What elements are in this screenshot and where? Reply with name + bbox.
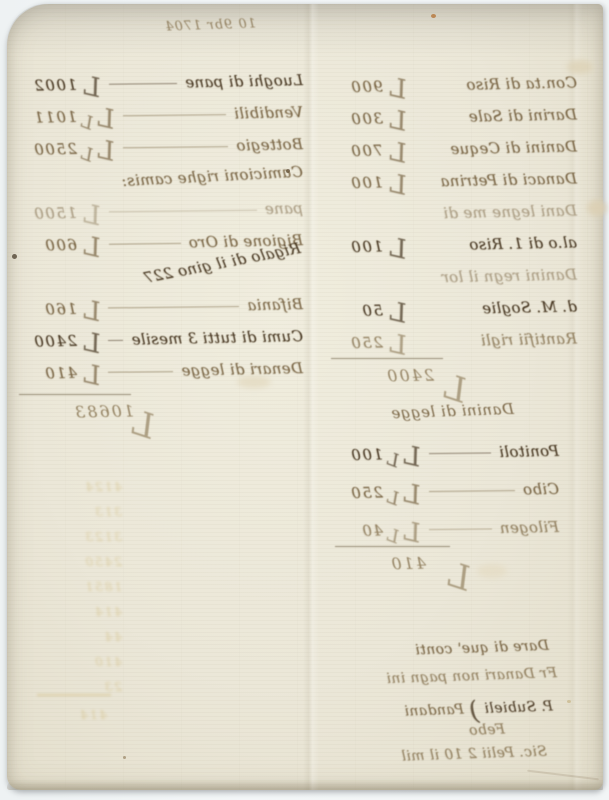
lira-sign: L: [389, 119, 406, 123]
entry-amount: 1002: [17, 76, 77, 95]
row-spacer: [413, 117, 463, 118]
lira-sign: L: [389, 311, 406, 315]
ledger-column-right: Luoghi di paneL1002VendibiliLL1011Botteg…: [17, 4, 303, 790]
lira-sign: L: [403, 493, 420, 497]
entry-amount: 2500: [17, 140, 77, 159]
ledger-row: Danaci di PetrinaL100: [323, 169, 577, 192]
leader-line: [109, 83, 177, 85]
entry-amount: 100: [323, 173, 383, 192]
entry-amount: 300: [323, 109, 383, 128]
signature-name: P. Subieli: [479, 698, 553, 717]
entry-label: Vendibili: [234, 103, 303, 122]
entry-amount: 600: [17, 236, 77, 255]
entry-label: Camicioni righe camis:: [121, 163, 303, 190]
lira-sign: L: [387, 459, 398, 463]
ledger-row: VendibiliLL1011: [17, 103, 303, 127]
entry-amount: 100: [323, 445, 383, 464]
entry-label: Danini di Ceque: [450, 137, 577, 158]
entry-label: Rantifii rigli: [480, 329, 577, 349]
lira-sign: L: [81, 153, 92, 157]
entry-label: Bottegio: [236, 135, 303, 154]
entry-label: Danini regn il lor: [441, 265, 577, 286]
leader-line: [109, 339, 124, 340]
ledger-row: FilogenLL40: [323, 517, 577, 540]
lira-sign: L: [83, 245, 100, 249]
entry-label: Con.ta di Riso: [466, 73, 577, 93]
ledger-row: Darini di SaleL300: [323, 105, 577, 128]
lira-sign: L: [387, 497, 398, 501]
ledger-row: Dani legne me di: [323, 201, 577, 224]
entry-amount: 250: [323, 333, 383, 352]
row-spacer: [413, 85, 461, 86]
entry-label: Dani legne me di: [443, 201, 577, 222]
lira-sign: L: [389, 343, 406, 347]
entry-label: Danaci di Petrina: [440, 169, 577, 190]
lira-sign: L: [387, 535, 398, 539]
entry-amount: 410: [17, 364, 77, 383]
entry-label: Ponitoli: [499, 441, 577, 461]
ledger-row: al.o di 1. RisoL100: [323, 233, 577, 256]
row-spacer: [413, 340, 475, 341]
entry-label: Darini di Sale: [468, 105, 577, 125]
lira-sign: L: [83, 373, 100, 377]
lira-sign: L: [442, 557, 474, 596]
lira-sign: L: [389, 183, 406, 187]
ledger-row: paneL1500: [17, 199, 303, 223]
leader-line: [109, 371, 174, 373]
entry-amount: 1011: [17, 108, 77, 127]
lira-sign: L: [403, 531, 420, 535]
leader-line: [123, 114, 226, 116]
signature-name: Pandani: [404, 701, 469, 719]
lira-sign: L: [389, 87, 406, 91]
ledger-row: d. M. SoglieL50: [323, 297, 577, 320]
entry-amount: 100: [323, 237, 383, 256]
leader-line: [429, 452, 491, 454]
sum-rule: [19, 394, 131, 395]
ledger-row: Danini regn il lor: [323, 265, 577, 288]
leader-line: [429, 490, 515, 492]
leader-line: [123, 146, 228, 148]
entry-label: Denari di legge: [181, 359, 303, 380]
ledger-row: Cumi di tutti 3 mesileL2400: [17, 327, 303, 351]
ledger-row: PonitoliLL100: [323, 441, 577, 464]
leader-line: [109, 242, 181, 244]
ledger-row: Con.ta di RisoL900: [323, 73, 577, 96]
ledger-row: BottegioLL2500: [17, 135, 303, 159]
entry-label: pane: [264, 199, 303, 218]
signature-line: Febo: [468, 721, 505, 738]
ledger-row: Camicioni righe camis:: [17, 163, 304, 196]
total-amount: 410: [389, 554, 426, 574]
total-amount: 2400: [385, 366, 434, 386]
entry-amount: 160: [17, 300, 77, 319]
leader-line: [429, 528, 492, 530]
entry-label: Cibo: [523, 479, 577, 498]
entry-label: Luoghi di pane: [185, 71, 303, 91]
bleedthrough-content: 10 9br 1704 Con.ta di RisoL900Darini di …: [7, 4, 603, 790]
lira-sign: L: [83, 341, 100, 345]
entry-amount: 900: [323, 77, 383, 96]
row-spacer: [413, 308, 476, 309]
sum-rule: [335, 546, 450, 547]
ledger-row: Rantifii rigliL250: [323, 329, 577, 352]
lira-sign: L: [83, 309, 100, 313]
manuscript-page: 41243133123245018514144441023 414 10 9br…: [7, 4, 603, 790]
entry-amount: 50: [323, 301, 383, 320]
leader-line: [109, 209, 257, 212]
lira-sign: L: [97, 149, 114, 153]
ledger-row: Danini di CequeL700: [323, 137, 577, 160]
ledger-row: Denari di leggeL410: [17, 359, 303, 383]
entry-label: Filogen: [500, 517, 578, 537]
entry-amount: 2400: [17, 332, 77, 351]
entry-amount: 1500: [17, 204, 77, 223]
row-spacer: [413, 245, 464, 246]
lira-sign: L: [97, 117, 114, 121]
lira-sign: L: [403, 455, 420, 459]
entry-label: d. M. Soglie: [482, 297, 577, 317]
ledger-row: CiboLL250: [323, 479, 577, 502]
lira-sign: L: [81, 121, 92, 125]
row-spacer: [413, 149, 445, 150]
entry-amount: 40: [323, 521, 383, 540]
entry-label: Cumi di tutti 3 mesile: [131, 327, 303, 349]
entry-amount: 700: [323, 141, 383, 160]
ledger-row: Luoghi di paneL1002: [17, 71, 303, 95]
total-amount: 10683: [73, 401, 134, 421]
leader-line: [109, 306, 240, 308]
lira-sign: L: [389, 151, 406, 155]
entry-label: al.o di 1. Riso: [469, 233, 577, 253]
entry-label: Bifania: [247, 295, 303, 314]
sum-rule: [331, 358, 443, 359]
lira-sign: L: [83, 85, 100, 89]
entry-amount: 250: [323, 483, 383, 502]
lira-sign: L: [389, 247, 406, 251]
lira-sign: L: [83, 213, 100, 217]
section-header: Danini di legge: [391, 400, 515, 422]
